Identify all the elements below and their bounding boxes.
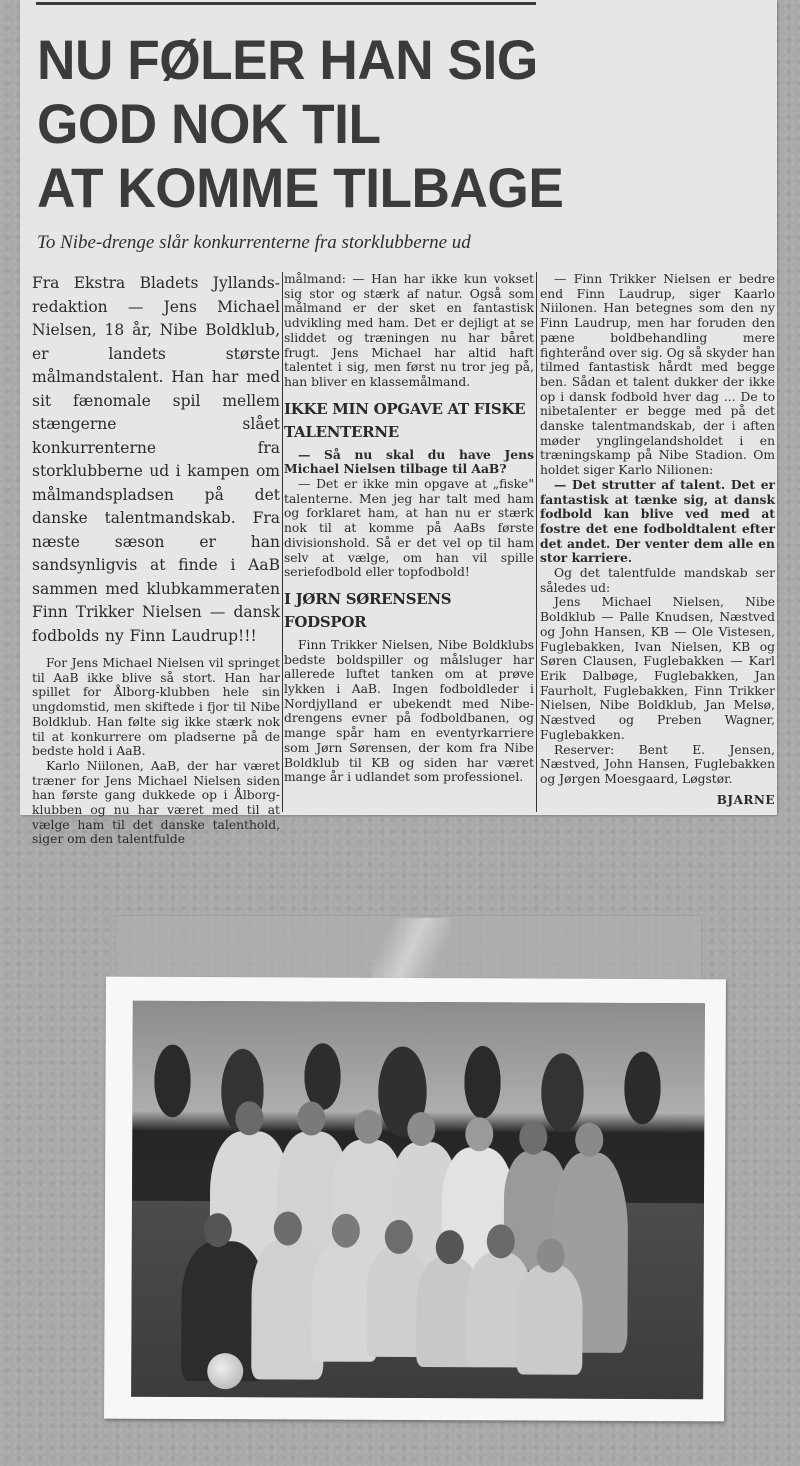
column-divider xyxy=(282,272,283,812)
headline-line-2: GOD NOK TIL xyxy=(37,92,563,156)
article-paragraph: målmand: — Han har ikke kun vokset sig s… xyxy=(284,272,534,390)
article-paragraph: Og det talentfulde mandskab ser således … xyxy=(540,566,775,595)
player-head xyxy=(487,1224,515,1258)
crosshead: I JØRN SØRENSENS FODSPOR xyxy=(284,588,534,634)
player-head xyxy=(436,1230,464,1264)
player-head xyxy=(274,1211,302,1245)
article-column-1: Fra Ekstra Bladets Jyllands-redaktion — … xyxy=(32,272,280,847)
player-head xyxy=(407,1112,435,1146)
article-paragraph: Finn Trikker Nielsen, Nibe Boldklubs bed… xyxy=(284,638,534,785)
player-head xyxy=(354,1110,382,1144)
player-head xyxy=(297,1101,325,1135)
player-head xyxy=(519,1120,547,1154)
player-head xyxy=(204,1213,232,1247)
player-head xyxy=(385,1220,413,1254)
article-paragraph: — Det er ikke min opgave at „fiske" tale… xyxy=(284,477,534,580)
article-column-3: — Finn Trikker Nielsen er bedre end Finn… xyxy=(540,272,775,807)
headline-line-3: AT KOMME TILBAGE xyxy=(37,156,563,220)
player-head xyxy=(537,1239,565,1273)
player-head xyxy=(235,1101,263,1135)
player-head xyxy=(575,1123,603,1157)
reserves-list: Reserver: Bent E. Jensen, Næstved, John … xyxy=(540,743,775,787)
article-quote: — Det strutter af talent. Det er fantast… xyxy=(540,478,775,566)
interview-question: — Så nu skal du have Jens Michael Nielse… xyxy=(284,448,534,477)
byline: BJARNE xyxy=(540,793,775,807)
headline-line-1: NU FØLER HAN SIG xyxy=(37,28,563,92)
crosshead: IKKE MIN OPGAVE AT FISKE TALENTERNE xyxy=(284,398,534,444)
column-divider xyxy=(536,272,537,812)
article-subtitle: To Nibe-drenge slår konkurrenterne fra s… xyxy=(37,232,471,254)
team-photo-print xyxy=(104,977,726,1422)
player-head xyxy=(332,1214,360,1248)
article-paragraph: — Finn Trikker Nielsen er bedre end Finn… xyxy=(540,272,775,478)
football xyxy=(207,1353,243,1389)
article-lead: Fra Ekstra Bladets Jyllands-redaktion — … xyxy=(32,272,280,648)
player-figure xyxy=(516,1264,582,1374)
tape-glare xyxy=(371,918,451,980)
newspaper-clipping: NU FØLER HAN SIG GOD NOK TIL AT KOMME TI… xyxy=(20,0,777,815)
article-paragraph: Karlo Niilonen, AaB, der har været træne… xyxy=(32,759,280,847)
team-photo xyxy=(131,1001,705,1399)
article-headline: NU FØLER HAN SIG GOD NOK TIL AT KOMME TI… xyxy=(37,28,563,220)
player-head xyxy=(465,1117,493,1151)
article-column-2: målmand: — Han har ikke kun vokset sig s… xyxy=(284,272,534,785)
clipping-top-rule xyxy=(36,2,536,5)
squad-list: Jens Michael Nielsen, Nibe Boldklub — Pa… xyxy=(540,595,775,742)
adhesive-tape xyxy=(115,915,702,981)
article-paragraph: For Jens Michael Nielsen vil springet ti… xyxy=(32,656,280,759)
